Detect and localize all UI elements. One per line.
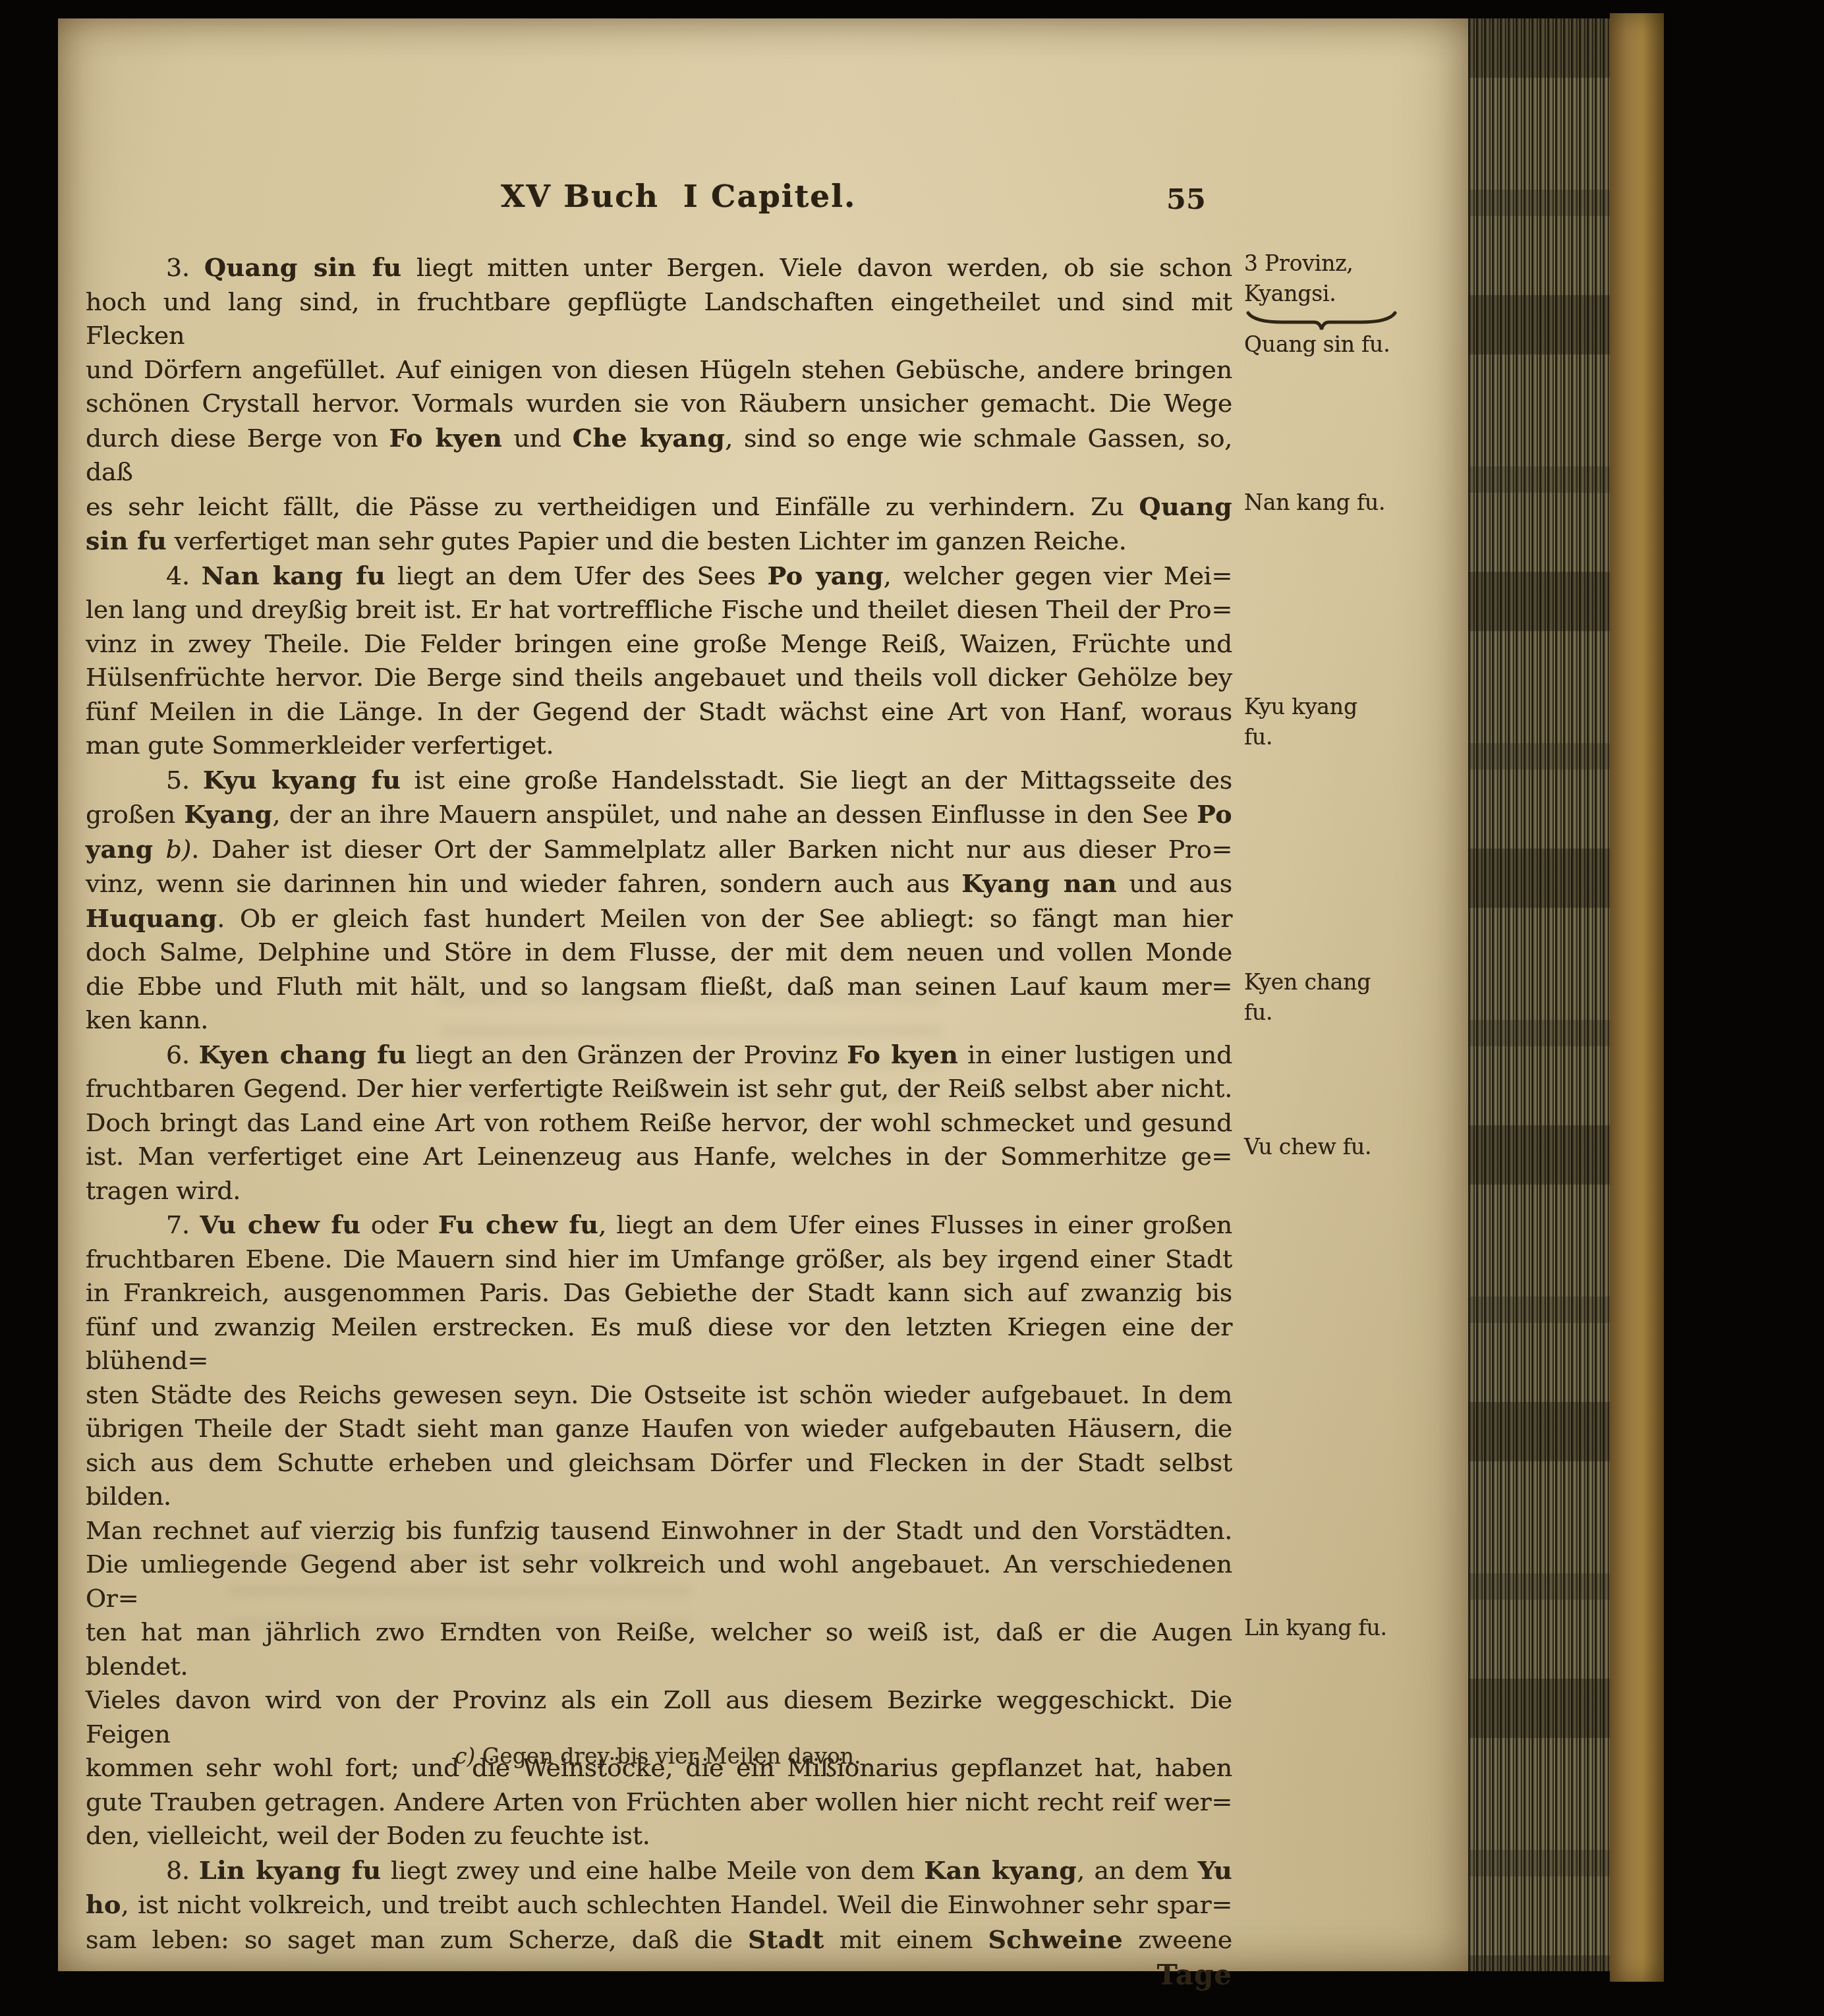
book-page: XV Buch I Capitel. 55 3. Quang sin fu li… xyxy=(58,18,1468,1971)
text-line-p4: fünf Meilen in die Länge. In der Gegend … xyxy=(86,695,1232,729)
book-cover-edge xyxy=(1610,13,1664,1982)
text-line-p7: übrigen Theile der Stadt sieht man ganze… xyxy=(86,1412,1232,1446)
text-line-p5: 5. Kyu kyang fu ist eine große Handelsst… xyxy=(86,763,1232,798)
text-line-p8: 8. Lin kyang fu liegt zwey und eine halb… xyxy=(86,1853,1232,1888)
scanned-book-photo: { "page": { "header": { "title": "XV Buc… xyxy=(0,0,1824,2016)
text-line-p3: sin fu verfertiget man sehr gutes Papier… xyxy=(86,524,1232,559)
text-line-p4: len lang und dreyßig breit ist. Er hat v… xyxy=(86,593,1232,627)
text-line-p7: sich aus dem Schutte erheben und gleichs… xyxy=(86,1446,1232,1514)
text-line-p5: die Ebbe und Fluth mit hält, und so lang… xyxy=(86,970,1232,1004)
text-line-p5: yang b). Daher ist dieser Ort der Sammel… xyxy=(86,832,1232,867)
text-line-p7: fünf und zwanzig Meilen erstrecken. Es m… xyxy=(86,1310,1232,1378)
text-line-p6: ist. Man verfertiget eine Art Leinenzeug… xyxy=(86,1140,1232,1174)
margin-note: Vu chew fu. xyxy=(1244,1132,1448,1162)
text-line-p5: ken kann. xyxy=(86,1003,1232,1038)
margin-note: 3 Provinz,Kyangsi. xyxy=(1244,248,1448,333)
text-line-p7: ten hat man jährlich zwo Erndten von Rei… xyxy=(86,1615,1232,1683)
text-line-p4: man gute Sommerkleider verfertiget. xyxy=(86,729,1232,763)
text-line-p7: in Frankreich, ausgenommen Paris. Das Ge… xyxy=(86,1276,1232,1310)
text-line-p5: Huquang. Ob er gleich fast hundert Meile… xyxy=(86,901,1232,936)
book-fore-edge xyxy=(1468,18,1610,1971)
margin-note: Kyu kyangfu. xyxy=(1244,692,1448,752)
text-line-p3: hoch und lang sind, in fruchtbare gepflü… xyxy=(86,285,1232,353)
text-line-p7: den, vielleicht, weil der Boden zu feuch… xyxy=(86,1819,1232,1853)
text-line-p5: vinz, wenn sie darinnen hin und wieder f… xyxy=(86,866,1232,901)
text-line-p4: Hülsenfrüchte hervor. Die Berge sind the… xyxy=(86,661,1232,695)
margin-note: Nan kang fu. xyxy=(1244,488,1448,518)
running-header: XV Buch I Capitel. xyxy=(501,179,856,215)
text-line-p6: tragen wird. xyxy=(86,1174,1232,1208)
text-line-p7: sten Städte des Reichs gewesen seyn. Die… xyxy=(86,1378,1232,1413)
catchword: Tage xyxy=(86,1957,1232,1994)
text-line-p6: 6. Kyen chang fu liegt an den Gränzen de… xyxy=(86,1038,1232,1073)
text-line-p5: großen Kyang, der an ihre Mauern anspüle… xyxy=(86,797,1232,832)
body-text-block: 3. Quang sin fu liegt mitten unter Berge… xyxy=(86,250,1232,1994)
text-line-p8: ho, ist nicht volkreich, und treibt auch… xyxy=(86,1888,1232,1922)
text-line-p8: sam leben: so saget man zum Scherze, daß… xyxy=(86,1922,1232,1957)
text-line-p3: und Dörfern angefüllet. Auf einigen von … xyxy=(86,353,1232,387)
text-line-p7: Die umliegende Gegend aber ist sehr volk… xyxy=(86,1548,1232,1615)
page-number: 55 xyxy=(1166,183,1206,216)
text-line-p3: durch diese Berge von Fo kyen und Che ky… xyxy=(86,421,1232,490)
text-line-p7: Vieles davon wird von der Provinz als ei… xyxy=(86,1683,1232,1751)
text-line-p4: 4. Nan kang fu liegt an dem Ufer des See… xyxy=(86,559,1232,594)
text-line-p7: gute Trauben getragen. Andere Arten von … xyxy=(86,1785,1232,1820)
text-line-p4: vinz in zwey Theile. Die Felder bringen … xyxy=(86,627,1232,661)
margin-note: Quang sin fu. xyxy=(1244,329,1448,360)
text-line-p5: doch Salme, Delphine und Störe in dem Fl… xyxy=(86,936,1232,970)
text-line-p3: es sehr leicht fällt, die Pässe zu verth… xyxy=(86,490,1232,524)
text-line-p6: fruchtbaren Gegend. Der hier verfertigte… xyxy=(86,1072,1232,1106)
footnote: c) Gegen drey bis vier Meilen davon. xyxy=(86,1743,1601,1769)
text-line-p7: fruchtbaren Ebene. Die Mauern sind hier … xyxy=(86,1243,1232,1277)
margin-note: Lin kyang fu. xyxy=(1244,1613,1448,1643)
text-line-p3: 3. Quang sin fu liegt mitten unter Berge… xyxy=(86,250,1232,285)
text-line-p3: schönen Crystall hervor. Vormals wurden … xyxy=(86,387,1232,421)
margin-note: Kyen changfu. xyxy=(1244,967,1448,1028)
text-line-p7: 7. Vu chew fu oder Fu chew fu, liegt an … xyxy=(86,1208,1232,1243)
text-line-p7: Man rechnet auf vierzig bis funfzig taus… xyxy=(86,1514,1232,1548)
text-line-p6: Doch bringt das Land eine Art von rothem… xyxy=(86,1106,1232,1140)
